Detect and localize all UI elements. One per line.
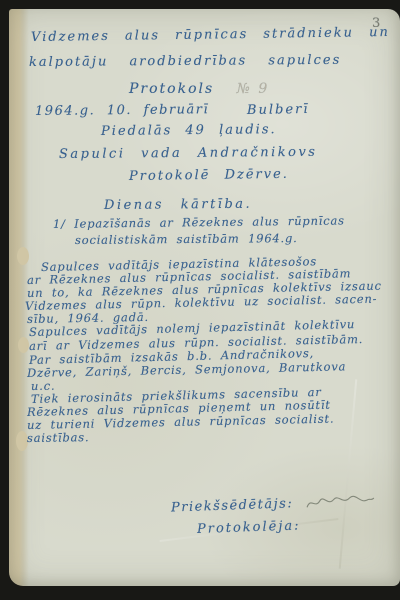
photo-backdrop: { "page": { "number": "3" }, "header": {… [0, 0, 400, 600]
title-line-2: kalpotāju arodbiedrības sapulces [29, 53, 341, 70]
paper-crease [339, 379, 358, 568]
secretary-line: Protokolē Dzērve. [129, 167, 289, 184]
chair-signature-mark [305, 492, 376, 512]
attendance-line: Piedalās 49 ļaudis. [101, 122, 277, 139]
agenda-item-line-1: 1/ Iepazīšanās ar Rēzeknes alus rūpnīcas [53, 213, 345, 231]
date-line: 1964.g. 10. februārī [35, 102, 209, 119]
torn-edge-bump [17, 247, 29, 265]
notebook-page: 3 Vidzemes alus rūpnīcas strādnieku un k… [9, 9, 400, 586]
protocol-number: № 9 [237, 81, 270, 97]
chair-line: Sapulci vada Andračnikovs [59, 145, 318, 162]
agenda-heading: Dienas kārtība. [104, 197, 252, 213]
title-line-1: Vidzemes alus rūpnīcas strādnieku un [31, 25, 390, 45]
torn-edge-bump [18, 337, 29, 353]
protocol-heading: Protokols № 9 [129, 81, 269, 97]
place-name: Bulberī [247, 102, 310, 118]
chair-signature-line: Priekšsēdētājs: [171, 492, 375, 517]
protocol-label: Protokols [129, 81, 214, 97]
secretary-signature-label: Protokolēja: [197, 518, 301, 537]
agenda-item-line-2: socialistiskām saistībām 1964.g. [75, 231, 298, 247]
body-line: saistības. [27, 430, 90, 445]
chair-signature-label: Priekšsēdētājs: [171, 496, 294, 515]
